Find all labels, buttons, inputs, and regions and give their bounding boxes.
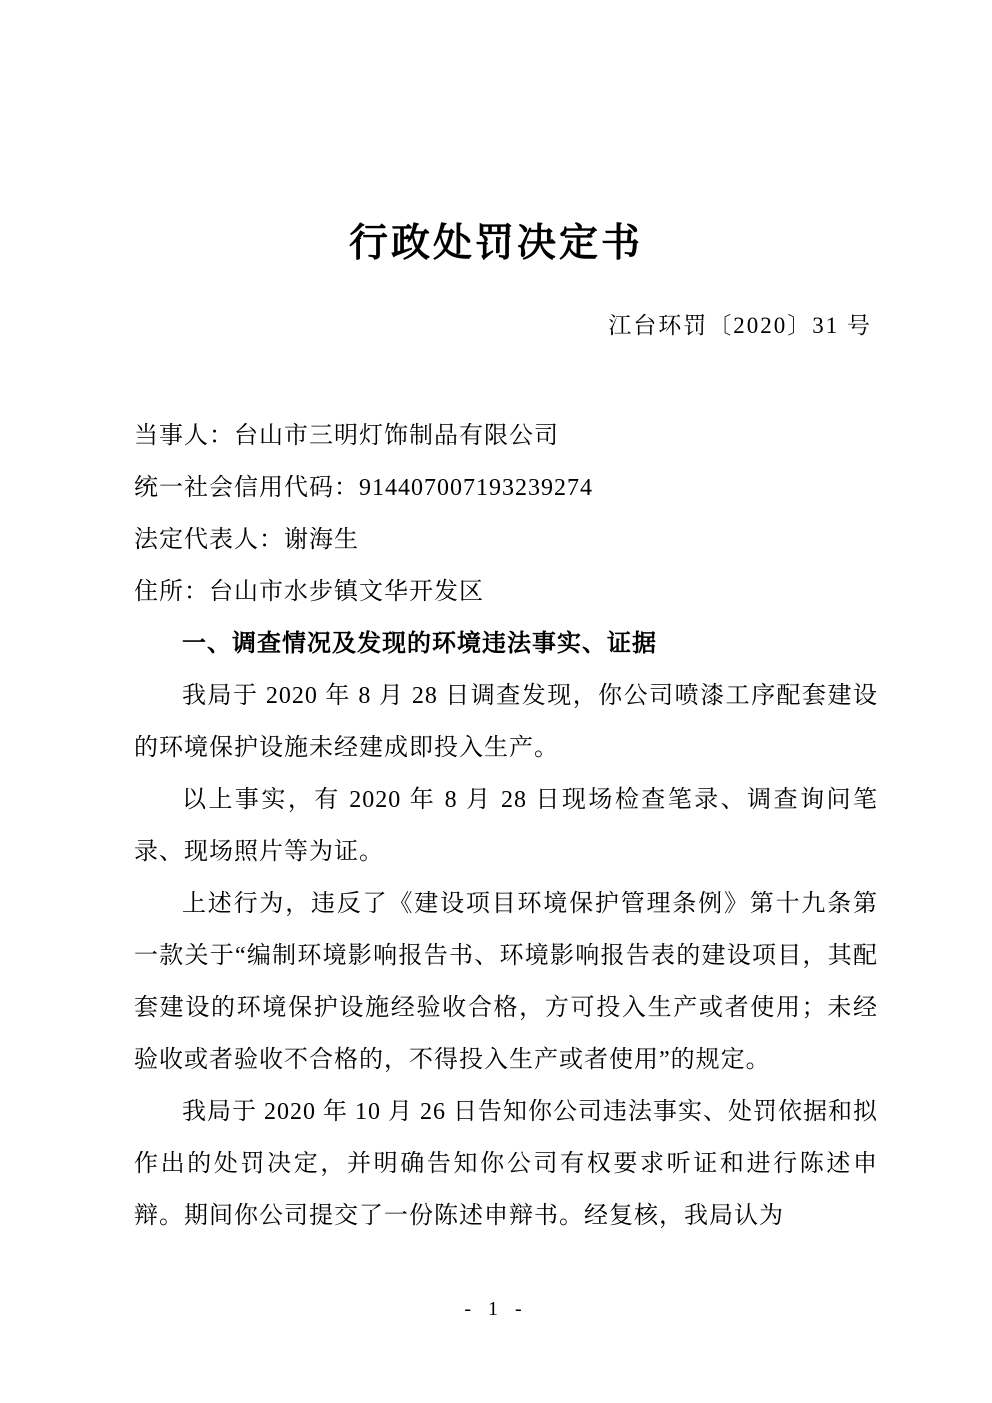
credit-code-line: 统一社会信用代码：914407007193239274 [134,462,878,514]
paragraph-investigation-finding: 我局于 2020 年 8 月 28 日调查发现，你公司喷漆工序配套建设的环境保护… [134,670,878,774]
document-title: 行政处罚决定书 [0,218,992,270]
paragraph-evidence: 以上事实，有 2020 年 8 月 28 日现场检查笔录、调查询问笔录、现场照片… [134,774,878,878]
legal-representative-line: 法定代表人：谢海生 [134,514,878,566]
paragraph-violation-regulation: 上述行为，违反了《建设项目环境保护管理条例》第十九条第一款关于“编制环境影响报告… [134,878,878,1086]
party-name-line: 当事人：台山市三明灯饰制品有限公司 [134,410,878,462]
document-number: 江台环罚〔2020〕31 号 [608,308,872,344]
address-line: 住所：台山市水步镇文华开发区 [134,566,878,618]
document-body: 当事人：台山市三明灯饰制品有限公司 统一社会信用代码：9144070071932… [134,410,878,1242]
paragraph-notification-hearing: 我局于 2020 年 10 月 26 日告知你公司违法事实、处罚依据和拟作出的处… [134,1086,878,1242]
document-page: 行政处罚决定书 江台环罚〔2020〕31 号 当事人：台山市三明灯饰制品有限公司… [0,0,992,1403]
section-one-heading: 一、调查情况及发现的环境违法事实、证据 [134,618,878,670]
page-number: - 1 - [0,1295,992,1323]
